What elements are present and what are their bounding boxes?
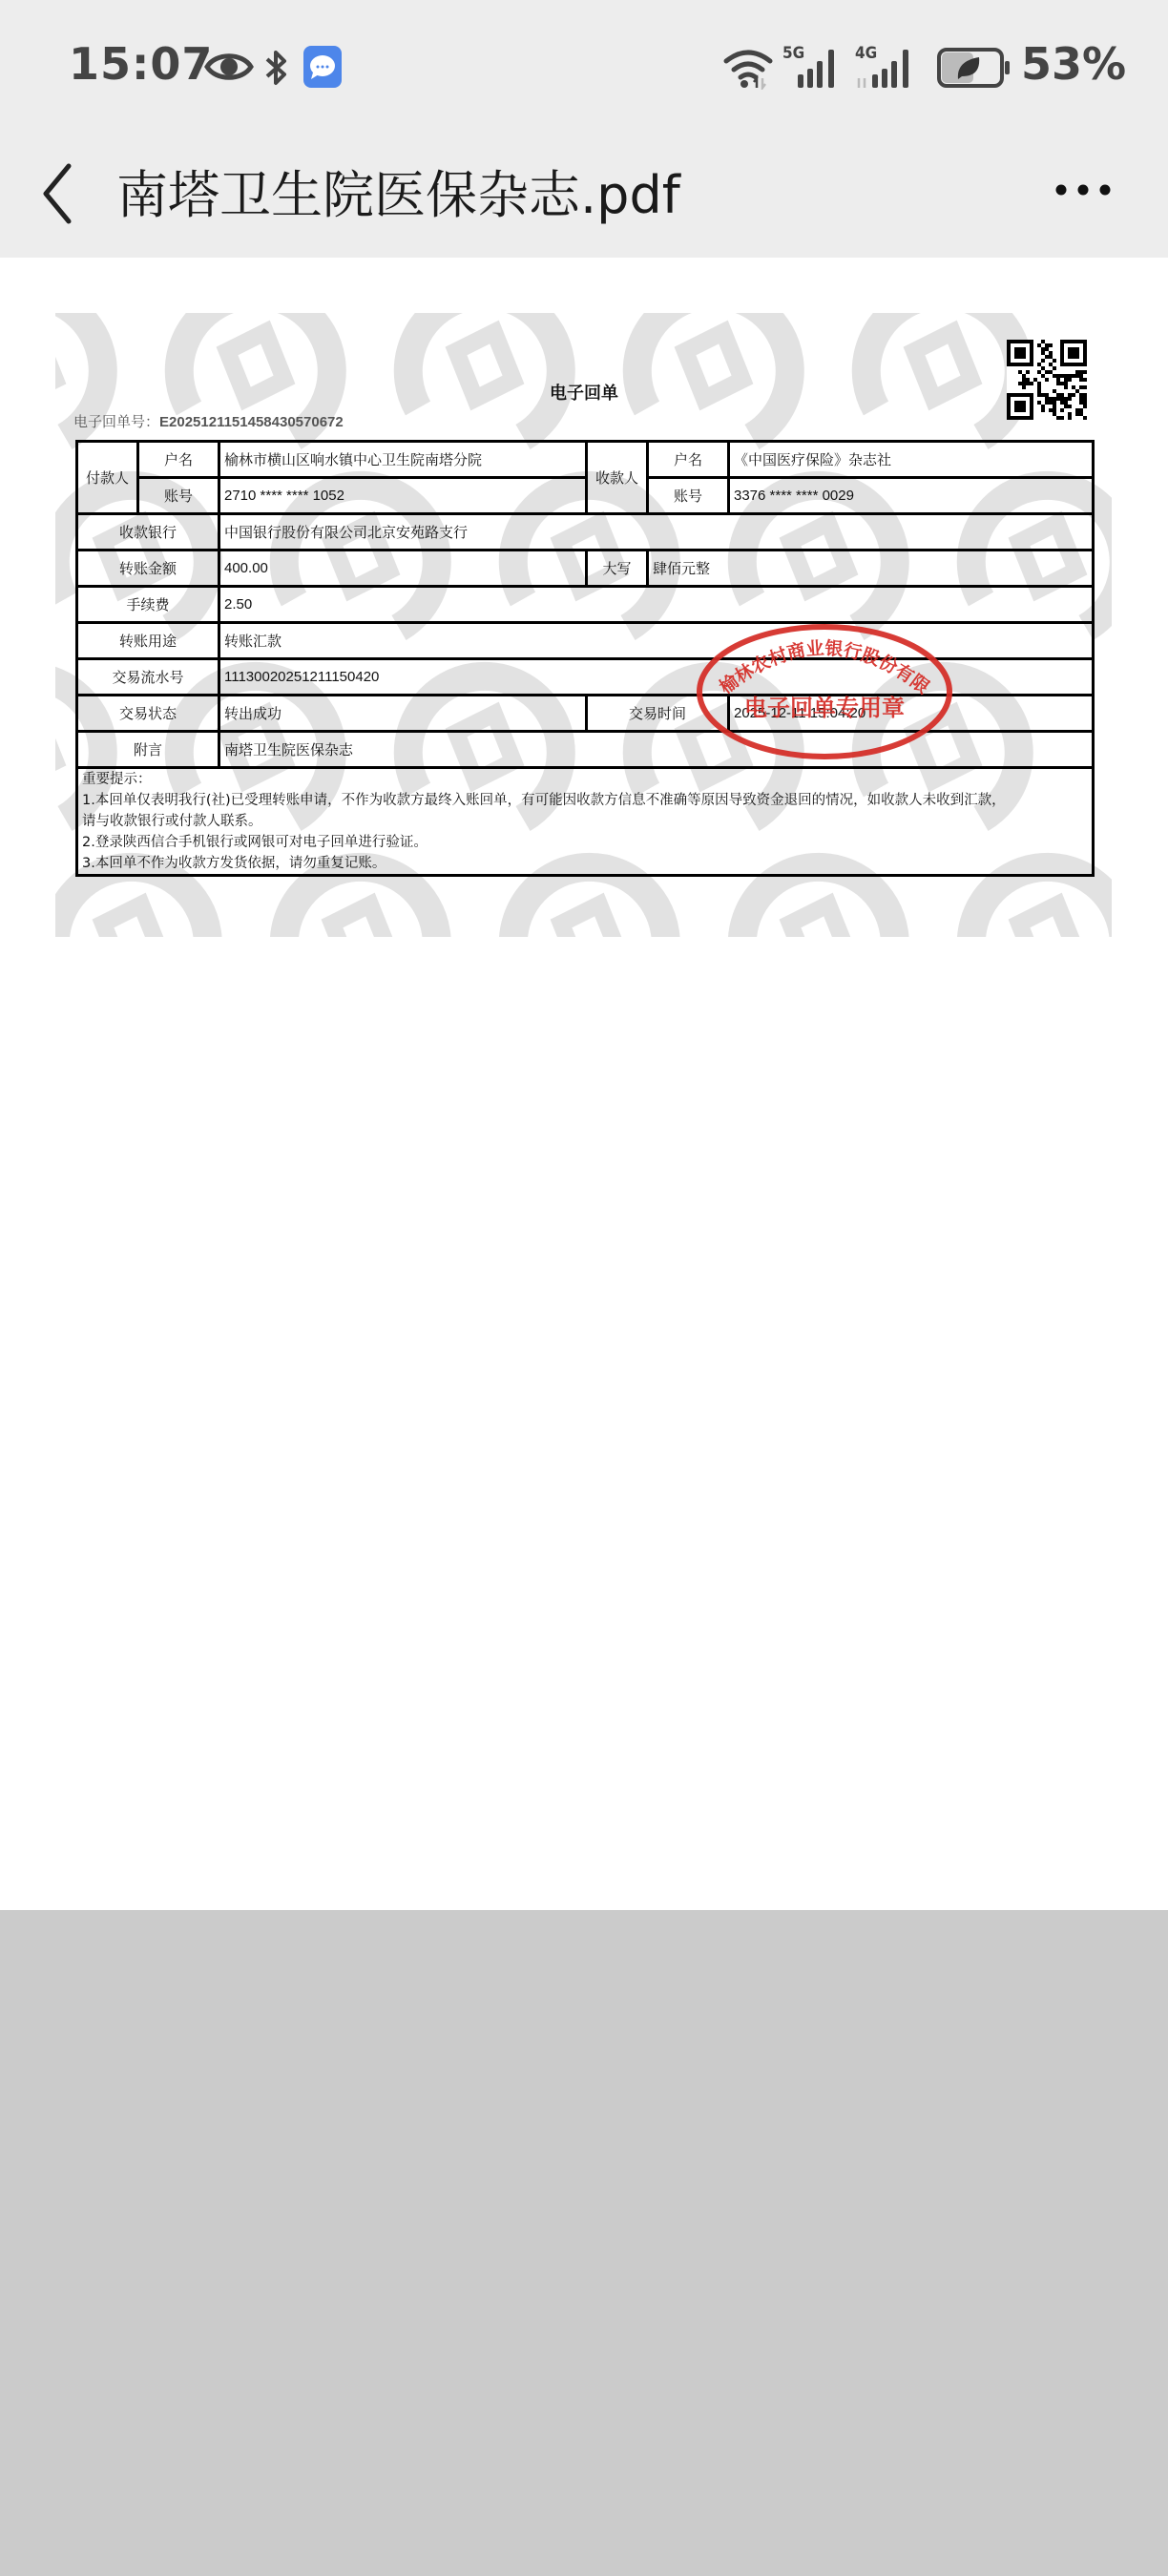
txn-no-label: 交易流水号 <box>77 659 219 696</box>
status-bar: 15:07 5G 4G <box>0 0 1168 134</box>
table-row: 附言 南塔卫生院医保杂志 <box>77 732 1094 768</box>
fee-label: 手续费 <box>77 587 219 623</box>
table-row: 转账用途 转账汇款 <box>77 623 1094 659</box>
purpose-label: 转账用途 <box>77 623 219 659</box>
battery-percent: 53% <box>1021 38 1126 90</box>
document-title: 南塔卫生院医保杂志.pdf <box>116 155 680 228</box>
table-row: 转账金额 400.00 大写 肆佰元整 <box>77 551 1094 587</box>
table-row: 手续费 2.50 <box>77 587 1094 623</box>
signal-4g-icon: 4G <box>855 44 922 88</box>
bluetooth-icon <box>263 48 290 88</box>
table-row: 重要提示： 1.本回单仅表明我行(社)已受理转账申请，不作为收款方最终入账回单，… <box>77 768 1094 876</box>
purpose-value: 转账汇款 <box>219 623 1094 659</box>
amount-upper-label: 大写 <box>587 551 648 587</box>
payee-name: 《中国医疗保险》杂志社 <box>729 442 1094 478</box>
payer-name: 榆林市横山区响水镇中心卫生院南塔分院 <box>219 442 587 478</box>
payee-name-label: 户名 <box>648 442 729 478</box>
amount-upper-value: 肆佰元整 <box>648 551 1094 587</box>
note-item: 请与收款银行或付款人联系。 <box>82 811 1088 832</box>
more-horizontal-icon[interactable] <box>1050 172 1116 219</box>
notes-title: 重要提示： <box>82 769 1088 790</box>
amount-value: 400.00 <box>219 551 587 587</box>
note-item: 1.本回单仅表明我行(社)已受理转账申请，不作为收款方最终入账回单，有可能因收款… <box>82 790 1088 811</box>
status-label: 交易状态 <box>77 696 219 732</box>
receipt-serial-value: E2025121151458430570672 <box>159 414 344 430</box>
amount-label: 转账金额 <box>77 551 219 587</box>
time-label: 交易时间 <box>587 696 729 732</box>
table-row: 交易流水号 11130020251211150420 <box>77 659 1094 696</box>
message-app-icon[interactable] <box>303 46 342 88</box>
memo-value: 南塔卫生院医保杂志 <box>219 732 1094 768</box>
payee-account: 3376 **** **** 0029 <box>729 478 1094 514</box>
txn-no-value: 11130020251211150420 <box>219 659 1094 696</box>
app-bar: 南塔卫生院医保杂志.pdf <box>0 134 1168 258</box>
qr-code[interactable] <box>1007 340 1087 420</box>
bank-label: 收款银行 <box>77 514 219 551</box>
receipt-title: 电子回单 <box>550 380 618 405</box>
payer-account: 2710 **** **** 1052 <box>219 478 587 514</box>
fee-value: 2.50 <box>219 587 1094 623</box>
receipt-serial: 电子回单号：E2025121151458430570672 <box>73 411 344 431</box>
clock: 15:07 <box>69 38 213 90</box>
table-row: 交易状态 转出成功 交易时间 2025-12-11 15:04:20 <box>77 696 1094 732</box>
memo-label: 附言 <box>77 732 219 768</box>
chevron-left-icon[interactable] <box>34 160 82 227</box>
status-value: 转出成功 <box>219 696 587 732</box>
note-item: 3.本回单不作为收款方发货依据，请勿重复记账。 <box>82 853 1088 874</box>
bank-value: 中国银行股份有限公司北京安苑路支行 <box>219 514 1094 551</box>
signal-5g-icon: 5G <box>782 44 849 88</box>
payer-label: 付款人 <box>77 442 138 514</box>
battery-saver-icon <box>937 48 1013 88</box>
note-item: 2.登录陕西信合手机银行或网银可对电子回单进行验证。 <box>82 832 1088 853</box>
payee-account-label: 账号 <box>648 478 729 514</box>
time-value: 2025-12-11 15:04:20 <box>729 696 1094 732</box>
receipt-table: 付款人 户名 榆林市横山区响水镇中心卫生院南塔分院 收款人 户名 《中国医疗保险… <box>75 440 1095 877</box>
payee-label: 收款人 <box>587 442 648 514</box>
table-row: 收款银行 中国银行股份有限公司北京安苑路支行 <box>77 514 1094 551</box>
table-row: 账号 2710 **** **** 1052 账号 3376 **** ****… <box>77 478 1094 514</box>
table-row: 付款人 户名 榆林市横山区响水镇中心卫生院南塔分院 收款人 户名 《中国医疗保险… <box>77 442 1094 478</box>
payer-account-label: 账号 <box>138 478 219 514</box>
payer-name-label: 户名 <box>138 442 219 478</box>
wifi-icon <box>721 46 775 90</box>
eye-icon <box>204 50 254 84</box>
important-notes: 重要提示： 1.本回单仅表明我行(社)已受理转账申请，不作为收款方最终入账回单，… <box>77 768 1094 876</box>
